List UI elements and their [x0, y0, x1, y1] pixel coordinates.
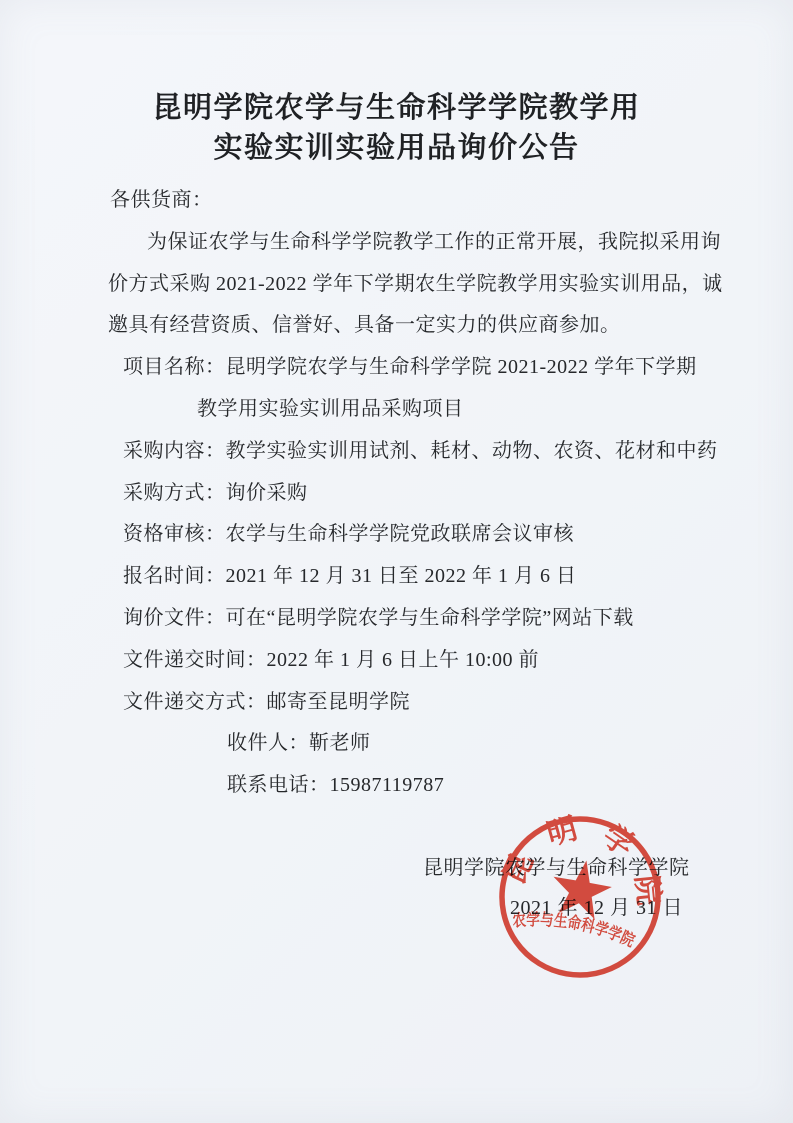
document-title-line2: 实验实训实验用品询价公告	[0, 128, 793, 168]
field-recipient: 收件人：靳老师	[0, 723, 793, 765]
paragraph-line-2: 价方式采购 2021-2022 学年下学期农生学院教学用实验实训用品，诚	[0, 264, 793, 306]
field-project-name: 项目名称：昆明学院农学与生命科学学院 2021-2022 学年下学期	[0, 347, 793, 389]
field-contact-phone: 联系电话：15987119787	[0, 765, 793, 807]
field-submission-time: 文件递交时间：2022 年 1 月 6 日上午 10:00 前	[0, 640, 793, 682]
document-title-line1: 昆明学院农学与生命科学学院教学用	[0, 88, 793, 128]
document-body: 各供货商： 为保证农学与生命科学学院教学工作的正常开展，我院拟采用询 价方式采购…	[0, 180, 793, 807]
field-submission-method: 文件递交方式：邮寄至昆明学院	[0, 682, 793, 724]
field-inquiry-document: 询价文件：可在“昆明学院农学与生命科学学院”网站下载	[0, 598, 793, 640]
document-page: 昆明学院农学与生命科学学院教学用 实验实训实验用品询价公告 各供货商： 为保证农…	[0, 0, 793, 1123]
field-purchase-content: 采购内容：教学实验实训用试剂、耗材、动物、农资、花材和中药	[0, 431, 793, 473]
field-qualification-review: 资格审核：农学与生命科学学院党政联席会议审核	[0, 514, 793, 556]
signature-organization: 昆明学院农学与生命科学学院	[423, 851, 690, 880]
field-project-name-2: 教学用实验实训用品采购项目	[0, 389, 793, 431]
field-purchase-method: 采购方式：询价采购	[0, 473, 793, 515]
paragraph-line-3: 邀具有经营资质、信誉好、具备一定实力的供应商参加。	[0, 305, 793, 347]
document-title: 昆明学院农学与生命科学学院教学用 实验实训实验用品询价公告	[0, 88, 793, 168]
field-signup-time: 报名时间：2021 年 12 月 31 日至 2022 年 1 月 6 日	[0, 556, 793, 598]
salutation: 各供货商：	[0, 180, 793, 222]
paragraph-line-1: 为保证农学与生命科学学院教学工作的正常开展，我院拟采用询	[0, 222, 793, 264]
signature-date: 2021 年 12 月 31 日	[510, 891, 683, 920]
